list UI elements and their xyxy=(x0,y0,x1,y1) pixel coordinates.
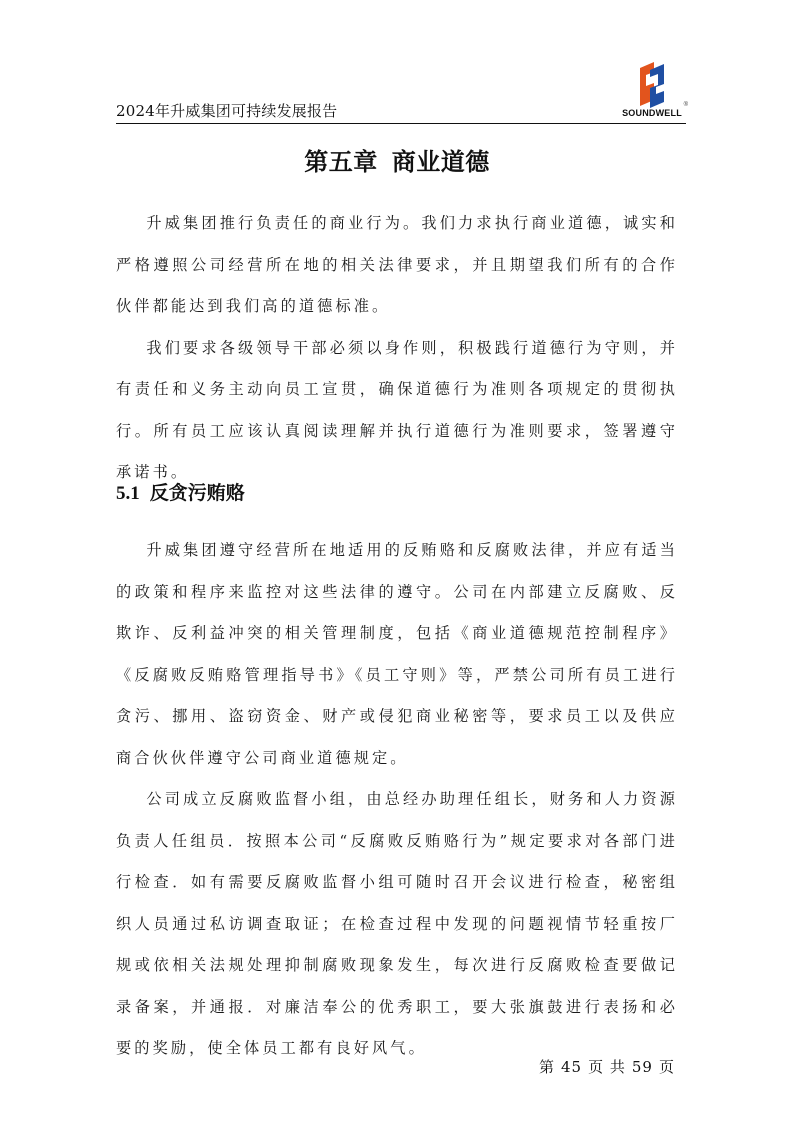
chapter-name: 商业道德 xyxy=(392,148,490,176)
footer-mid: 页 共 xyxy=(588,1058,626,1076)
current-page: 45 xyxy=(561,1058,582,1076)
intro-paragraph: 升威集团推行负责任的商业行为。我们力求执行商业道德，诚实和严格遵照公司经营所在地… xyxy=(116,203,678,328)
body-paragraph: 公司成立反腐败监督小组，由总经办助理任组长，财务和人力资源负责人任组员．按照本公… xyxy=(116,779,678,1070)
page-header: 2024年升威集团可持续发展报告 SOUNDWELL ® xyxy=(116,58,686,124)
soundwell-logo: SOUNDWELL ® xyxy=(620,58,684,122)
section-heading: 5.1反贪污贿赂 xyxy=(116,478,245,505)
footer-prefix: 第 xyxy=(539,1058,555,1076)
chapter-title: 第五章商业道德 xyxy=(0,142,794,177)
intro-paragraph: 我们要求各级领导干部必须以身作则，积极践行道德行为守则，并有责任和义务主动向员工… xyxy=(116,328,678,494)
total-pages: 59 xyxy=(632,1058,653,1076)
chapter-number: 第五章 xyxy=(304,148,378,176)
registered-mark: ® xyxy=(684,102,688,108)
section-body: 升威集团遵守经营所在地适用的反贿赂和反腐败法律，并应有适当的政策和程序来监控对这… xyxy=(116,530,678,1070)
page-number: 第45页 共59页 xyxy=(536,1056,678,1077)
soundwell-logo-icon xyxy=(636,60,668,108)
header-divider xyxy=(116,123,686,124)
footer-suffix: 页 xyxy=(659,1058,675,1076)
body-paragraph: 升威集团遵守经营所在地适用的反贿赂和反腐败法律，并应有适当的政策和程序来监控对这… xyxy=(116,530,678,779)
section-number: 5.1 xyxy=(116,483,140,504)
report-title: 2024年升威集团可持续发展报告 xyxy=(116,100,337,121)
logo-wordmark: SOUNDWELL xyxy=(620,108,684,118)
intro-section: 升威集团推行负责任的商业行为。我们力求执行商业道德，诚实和严格遵照公司经营所在地… xyxy=(116,203,678,494)
section-title: 反贪污贿赂 xyxy=(150,482,245,504)
